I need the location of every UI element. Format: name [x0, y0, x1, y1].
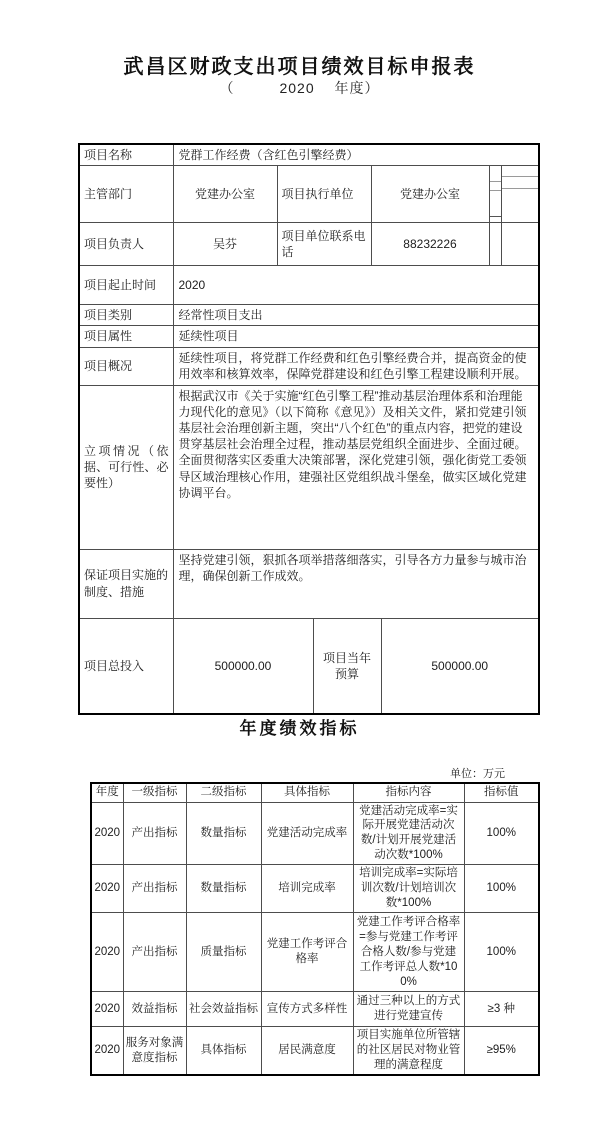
row-dept: 主管部门 党建办公室 项目执行单位 党建办公室	[79, 166, 539, 223]
header-year: 年度	[91, 783, 123, 802]
row-measures: 保证项目实施的制度、措施 坚持党建引领，狠抓各项举措落细落实，引导各方力量参与城…	[79, 549, 539, 618]
perf-level2: 社会效益指标	[186, 992, 261, 1027]
perf-level1: 服务对象满意度指标	[123, 1027, 186, 1075]
basis-label: 立项情况（依据、可行性、必要性）	[79, 385, 173, 549]
budget-label: 项目当年预算	[313, 618, 381, 714]
perf-year: 2020	[91, 913, 123, 992]
grid-line	[490, 166, 501, 182]
perf-header-row: 年度 一级指标 二级指标 具体指标 指标内容 指标值	[91, 783, 539, 802]
grid-line	[490, 191, 501, 217]
category-value: 经常性项目支出	[173, 305, 539, 326]
phone-label: 项目单位联系电话	[277, 223, 371, 266]
header-value: 指标值	[464, 783, 539, 802]
performance-section-title: 年度绩效指标	[0, 714, 599, 739]
perf-indicator: 宣传方式多样性	[261, 992, 353, 1027]
performance-indicators-table: 年度 一级指标 二级指标 具体指标 指标内容 指标值 2020 产出指标 数量指…	[90, 782, 540, 1076]
document-page: 武昌区财政支出项目绩效目标申报表 （ 2020 年度） 项目名称 党群工作经费（…	[0, 0, 599, 1122]
perf-content: 党建工作考评合格率=参与党建工作考评合格人数/参与党建工作考评总人数*100%	[353, 913, 464, 992]
perf-level2: 具体指标	[186, 1027, 261, 1075]
exec-unit-value: 党建办公室	[371, 166, 489, 223]
row-overview: 项目概况 延续性项目，将党群工作经费和红色引擎经费合并，提高资金的使用效率和核算…	[79, 347, 539, 385]
perf-row: 2020 产出指标 质量指标 党建工作考评合格率 党建工作考评合格率=参与党建工…	[91, 913, 539, 992]
period-value: 2020	[173, 266, 539, 305]
basis-value: 根据武汉市《关于实施“红色引擎工程”推动基层治理体系和治理能力现代化的意见》（以…	[173, 385, 539, 549]
perf-level1: 效益指标	[123, 992, 186, 1027]
perf-content: 党建活动完成率=实际开展党建活动次数/计划开展党建活动次数*100%	[353, 802, 464, 865]
perf-content: 培训完成率=实际培训次数/计划培训次数*100%	[353, 865, 464, 913]
phone-value: 88232226	[371, 223, 489, 266]
header-level1: 一级指标	[123, 783, 186, 802]
perf-level1: 产出指标	[123, 802, 186, 865]
project-info-table: 项目名称 党群工作经费（含红色引擎经费） 主管部门 党建办公室 项目执行单位 党…	[78, 143, 540, 715]
attribute-label: 项目属性	[79, 326, 173, 347]
perf-content: 通过三种以上的方式进行党建宣传	[353, 992, 464, 1027]
perf-indicator: 党建活动完成率	[261, 802, 353, 865]
dept-value: 党建办公室	[173, 166, 277, 223]
perf-year: 2020	[91, 802, 123, 865]
perf-year: 2020	[91, 1027, 123, 1075]
total-investment-label: 项目总投入	[79, 618, 173, 714]
grid-line	[502, 166, 539, 177]
perf-value: 100%	[464, 865, 539, 913]
unit-note: 单位：万元	[450, 765, 505, 781]
basis-paragraph-2: 全面贯彻落实区委重大决策部署，深化党建引领，强化街党工委领导区域治理核心作用，建…	[179, 452, 534, 501]
perf-indicator: 培训完成率	[261, 865, 353, 913]
period-label: 项目起止时间	[79, 266, 173, 305]
leader-value: 吴芬	[173, 223, 277, 266]
header-indicator: 具体指标	[261, 783, 353, 802]
perf-row: 2020 产出指标 数量指标 党建活动完成率 党建活动完成率=实际开展党建活动次…	[91, 802, 539, 865]
perf-value: 100%	[464, 802, 539, 865]
empty-grid-cell	[501, 166, 539, 223]
basis-paragraph-1: 根据武汉市《关于实施“红色引擎工程”推动基层治理体系和治理能力现代化的意见》（以…	[179, 388, 534, 453]
row-project-name: 项目名称 党群工作经费（含红色引擎经费）	[79, 144, 539, 166]
perf-indicator: 居民满意度	[261, 1027, 353, 1075]
exec-unit-label: 项目执行单位	[277, 166, 371, 223]
budget-value: 500000.00	[381, 618, 539, 714]
category-label: 项目类别	[79, 305, 173, 326]
dept-label: 主管部门	[79, 166, 173, 223]
row-category: 项目类别 经常性项目支出	[79, 305, 539, 326]
grid-line	[502, 177, 539, 189]
row-attribute: 项目属性 延续性项目	[79, 326, 539, 347]
perf-value: ≥95%	[464, 1027, 539, 1075]
perf-row: 2020 产出指标 数量指标 培训完成率 培训完成率=实际培训次数/计划培训次数…	[91, 865, 539, 913]
perf-value: ≥3 种	[464, 992, 539, 1027]
document-title: 武昌区财政支出项目绩效目标申报表	[0, 50, 599, 79]
perf-level1: 产出指标	[123, 913, 186, 992]
header-level2: 二级指标	[186, 783, 261, 802]
row-total-investment: 项目总投入 500000.00 项目当年预算 500000.00	[79, 618, 539, 714]
empty-grid-cell	[501, 223, 539, 266]
overview-label: 项目概况	[79, 347, 173, 385]
perf-level2: 质量指标	[186, 913, 261, 992]
perf-value: 100%	[464, 913, 539, 992]
row-basis: 立项情况（依据、可行性、必要性） 根据武汉市《关于实施“红色引擎工程”推动基层治…	[79, 385, 539, 549]
measures-value: 坚持党建引领，狠抓各项举措落细落实，引导各方力量参与城市治理，确保创新工作成效。	[173, 549, 539, 618]
document-subtitle: （ 2020 年度）	[0, 78, 599, 98]
perf-year: 2020	[91, 865, 123, 913]
attribute-value: 延续性项目	[173, 326, 539, 347]
leader-label: 项目负责人	[79, 223, 173, 266]
header-content: 指标内容	[353, 783, 464, 802]
project-name-value: 党群工作经费（含红色引擎经费）	[173, 144, 539, 166]
perf-year: 2020	[91, 992, 123, 1027]
perf-row: 2020 服务对象满意度指标 具体指标 居民满意度 项目实施单位所管辖的社区居民…	[91, 1027, 539, 1075]
project-name-label: 项目名称	[79, 144, 173, 166]
perf-indicator: 党建工作考评合格率	[261, 913, 353, 992]
row-leader: 项目负责人 吴芬 项目单位联系电话 88232226	[79, 223, 539, 266]
empty-grid-cell	[489, 166, 501, 223]
perf-content: 项目实施单位所管辖的社区居民对物业管理的满意程度	[353, 1027, 464, 1075]
total-investment-value: 500000.00	[173, 618, 313, 714]
measures-label: 保证项目实施的制度、措施	[79, 549, 173, 618]
perf-level2: 数量指标	[186, 865, 261, 913]
empty-grid-cell	[489, 223, 501, 266]
grid-line	[490, 182, 501, 191]
perf-row: 2020 效益指标 社会效益指标 宣传方式多样性 通过三种以上的方式进行党建宣传…	[91, 992, 539, 1027]
overview-value: 延续性项目，将党群工作经费和红色引擎经费合并，提高资金的使用效率和核算效率，保障…	[173, 347, 539, 385]
row-period: 项目起止时间 2020	[79, 266, 539, 305]
perf-level1: 产出指标	[123, 865, 186, 913]
perf-level2: 数量指标	[186, 802, 261, 865]
